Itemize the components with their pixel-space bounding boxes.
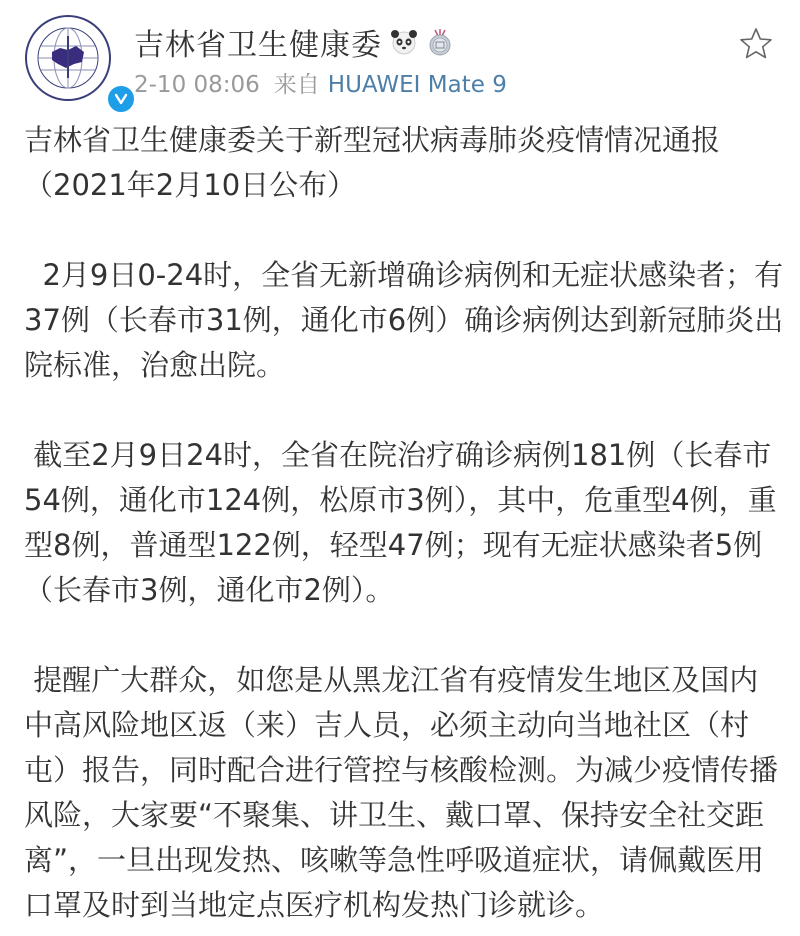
verified-badge [106, 84, 136, 114]
paragraph-hospitalized: 截至2月9日24时，全省在院治疗确诊病例181例（长春市54例，通化市124例，… [24, 433, 784, 613]
post-meta: 2-10 08:06 来自 HUAWEI Mate 9 [134, 66, 507, 99]
post-body: 吉林省卫生健康委关于新型冠状病毒肺炎疫情情况通报 （2021年2月10日公布） … [24, 118, 784, 928]
report-publish-date: （2021年2月10日公布） [24, 163, 784, 208]
panda-badge-icon[interactable] [390, 28, 418, 56]
author-row: 吉林省卫生健康委 [134, 20, 454, 64]
verified-v-icon [113, 91, 129, 107]
avatar[interactable] [24, 14, 112, 102]
author-name[interactable]: 吉林省卫生健康委 [134, 20, 382, 64]
source-prefix: 来自 [274, 66, 320, 99]
paragraph-new-cases: 2月9日0-24时，全省无新增确诊病例和无症状感染者；有37例（长春市31例，通… [24, 253, 784, 388]
paragraph-reminder: 提醒广大群众，如您是从黑龙江省有疫情发生地区及国内中高风险地区返（来）吉人员，必… [24, 658, 784, 928]
health-commission-logo-icon [24, 14, 112, 102]
post-timestamp: 2-10 08:06 [134, 72, 260, 98]
star-outline-icon[interactable] [738, 26, 774, 62]
source-device-link[interactable]: HUAWEI Mate 9 [328, 72, 507, 98]
report-title: 吉林省卫生健康委关于新型冠状病毒肺炎疫情情况通报 [24, 118, 784, 163]
medal-badge-icon[interactable] [426, 28, 454, 56]
post-header: 吉林省卫生健康委 2-10 08:06 来自 HUAWEI Mate 9 [0, 0, 800, 110]
